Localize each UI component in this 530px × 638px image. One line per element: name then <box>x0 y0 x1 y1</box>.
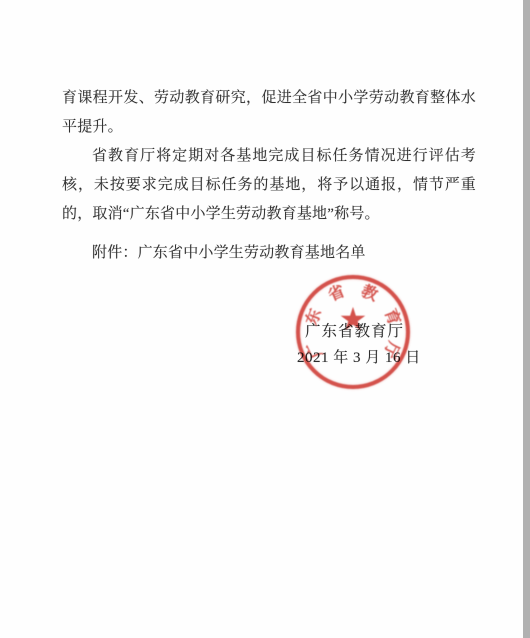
paragraph-continuation: 育课程开发、劳动教育研究，促进全省中小学劳动教育整体水平提升。 <box>62 84 476 142</box>
issue-date: 2021 年 3 月 16 日 <box>297 346 421 367</box>
page-edge <box>523 0 530 638</box>
issuer-signature: 广东省教育厅 <box>305 319 404 341</box>
document-body: 育课程开发、劳动教育研究，促进全省中小学劳动教育整体水平提升。 省教育厅将定期对… <box>62 84 476 229</box>
seal-arc-char: 教 <box>357 282 381 306</box>
paragraph-assessment: 省教育厅将定期对各基地完成目标任务情况进行评估考核，未按要求完成目标任务的基地，… <box>62 142 476 229</box>
document-page: 育课程开发、劳动教育研究，促进全省中小学劳动教育整体水平提升。 省教育厅将定期对… <box>0 0 523 638</box>
seal-arc-char: 省 <box>325 282 349 306</box>
document-viewport: 育课程开发、劳动教育研究，促进全省中小学劳动教育整体水平提升。 省教育厅将定期对… <box>0 0 530 638</box>
attachment-line: 附件：广东省中小学生劳动教育基地名单 <box>62 241 476 262</box>
